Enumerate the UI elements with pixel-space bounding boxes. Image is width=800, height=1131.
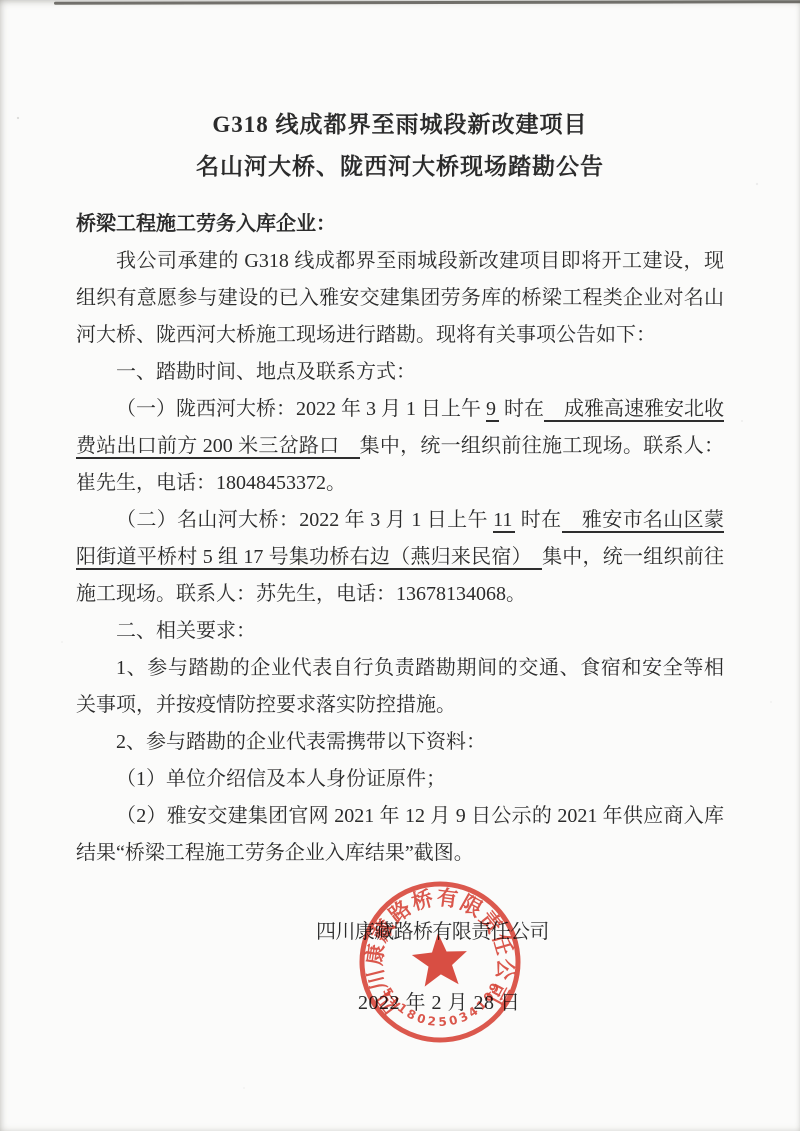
section1-heading: 一、踏勘时间、地点及联系方式： — [76, 354, 724, 391]
notice-body: 桥梁工程施工劳务入库企业： 我公司承建的 G318 线成都界至雨城段新改建项目即… — [76, 206, 724, 872]
title-line-2: 名山河大桥、陇西河大桥现场踏勘公告 — [0, 146, 800, 188]
intro-paragraph: 我公司承建的 G318 线成都界至雨城段新改建项目即将开工建设，现组织有意愿参与… — [76, 243, 724, 354]
requirement2-paragraph: 2、参与踏勘的企业代表需携带以下资料： — [76, 724, 724, 761]
notice-title: G318 线成都界至雨城段新改建项目 名山河大桥、陇西河大桥现场踏勘公告 — [0, 104, 800, 188]
title-line-1: G318 线成都界至雨城段新改建项目 — [0, 104, 800, 146]
seal-outer-ring — [357, 879, 524, 1046]
item1-mid: 时在 — [499, 398, 544, 420]
company-seal-stamp: 四川康藏路桥有限责任公司 5118025034109 — [343, 865, 537, 1059]
item1-paragraph: （一）陇西河大桥：2022 年 3 月 1 日上午 9 时在 成雅高速雅安北收费… — [76, 391, 724, 502]
scan-edge-artifact — [54, 0, 800, 5]
requirement1-paragraph: 1、参与踏勘的企业代表自行负责踏勘期间的交通、食宿和安全等相关事项，并按疫情防控… — [76, 650, 724, 724]
item1-prefix: （一）陇西河大桥：2022 年 3 月 1 日上午 — [116, 398, 486, 420]
item2-paragraph: （二）名山河大桥：2022 年 3 月 1 日上午 11 时在 雅安市名山区蒙阳… — [76, 502, 724, 613]
item2-mid: 时在 — [515, 509, 561, 531]
signature-date: 2022 年 2 月 28 日 — [358, 986, 521, 1015]
signature-company: 四川康藏路桥有限责任公司 — [316, 915, 549, 944]
item2-prefix: （二）名山河大桥：2022 年 3 月 1 日上午 — [116, 509, 493, 531]
requirement2-item1: （1）单位介绍信及本人身份证原件； — [76, 761, 724, 798]
section2-heading: 二、相关要求： — [76, 613, 724, 650]
item1-time-underlined: 9 — [486, 398, 499, 422]
salutation: 桥梁工程施工劳务入库企业： — [76, 206, 724, 243]
item2-time-underlined: 11 — [493, 509, 515, 533]
requirement2-item2: （2）雅安交建集团官网 2021 年 12 月 9 日公示的 2021 年供应商… — [76, 798, 724, 872]
scanned-notice-page: G318 线成都界至雨城段新改建项目 名山河大桥、陇西河大桥现场踏勘公告 桥梁工… — [0, 0, 800, 1131]
